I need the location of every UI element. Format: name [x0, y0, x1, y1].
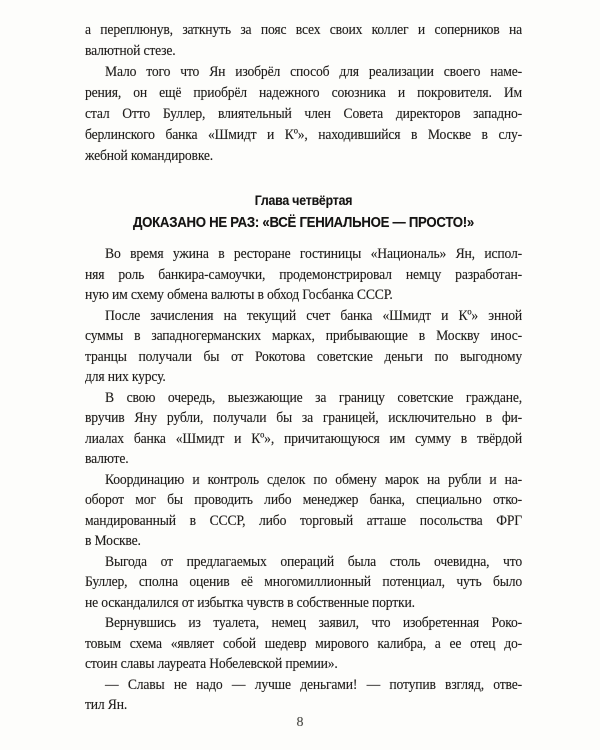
text-block: а переплюнув, заткнуть за пояс всех свои…	[85, 20, 522, 716]
paragraph: В свою очередь, выезжающие за границу со…	[85, 388, 522, 470]
text-line: Буллер, сполна оценив её многомиллионный…	[85, 572, 522, 593]
chapter-title: ДОКАЗАНО НЕ РАЗ: «ВСЁ ГЕНИАЛЬНОЕ — ПРОСТ…	[85, 212, 522, 234]
paragraph: Во время ужина в ресторане гостиницы «На…	[85, 244, 522, 306]
text-line: транцы получали бы от Рокотова советские…	[85, 347, 522, 368]
text-line: для них курсу.	[85, 367, 522, 388]
text-line: валютной стезе.	[85, 41, 522, 62]
text-line: оборот мог бы проводить либо менеджер ба…	[85, 490, 522, 511]
body-text-top: а переплюнув, заткнуть за пояс всех свои…	[85, 20, 522, 167]
text-line: Во время ужина в ресторане гостиницы «На…	[85, 244, 522, 265]
text-line: а переплюнув, заткнуть за пояс всех свои…	[85, 20, 522, 41]
paragraph: Вернувшись из туалета, немец заявил, что…	[85, 613, 522, 675]
text-line: мандированный в СССР, либо торговый атта…	[85, 511, 522, 532]
text-line: Координацию и контроль сделок по обмену …	[85, 470, 522, 491]
text-line: стал Отто Буллер, влиятельный член Совет…	[85, 104, 522, 125]
text-line: Вернувшись из туалета, немец заявил, что…	[85, 613, 522, 634]
text-line: стоин славы лауреата Нобелевской премии»…	[85, 654, 522, 675]
paragraph: а переплюнув, заткнуть за пояс всех свои…	[85, 20, 522, 62]
text-line: няя роль банкира-самоучки, продемонстрир…	[85, 265, 522, 286]
page-number: 8	[0, 712, 600, 733]
chapter-heading: Глава четвёртая ДОКАЗАНО НЕ РАЗ: «ВСЁ ГЕ…	[85, 190, 522, 234]
paragraph: После зачисления на текущий счет банка «…	[85, 306, 522, 388]
text-line: не оскандалился от избытка чувств в собс…	[85, 593, 522, 614]
text-line: в Москве.	[85, 531, 522, 552]
text-line: товым схема «являет собой шедевр мировог…	[85, 634, 522, 655]
text-line: Выгода от предлагаемых операций была сто…	[85, 552, 522, 573]
paragraph: Выгода от предлагаемых операций была сто…	[85, 552, 522, 614]
text-line: вручив Яну рубли, получали бы за границе…	[85, 408, 522, 429]
text-line: суммы в западногерманских марках, прибыв…	[85, 326, 522, 347]
text-line: Мало того что Ян изобрёл способ для реал…	[85, 62, 522, 83]
text-line: жебной командировке.	[85, 146, 522, 167]
body-text-main: Во время ужина в ресторане гостиницы «На…	[85, 244, 522, 716]
text-line: валюте.	[85, 449, 522, 470]
text-line: берлинского банка «Шмидт и Кº», находивш…	[85, 125, 522, 146]
book-page: а переплюнув, заткнуть за пояс всех свои…	[0, 0, 600, 750]
text-line: лиалах банка «Шмидт и Кº», причитающуюся…	[85, 429, 522, 450]
text-line: рения, он ещё приобрёл надежного союзник…	[85, 83, 522, 104]
text-line: ную им схему обмена валюты в обход Госба…	[85, 285, 522, 306]
text-line: — Славы не надо — лучше деньгами! — поту…	[85, 675, 522, 696]
text-line: После зачисления на текущий счет банка «…	[85, 306, 522, 327]
paragraph: Мало того что Ян изобрёл способ для реал…	[85, 62, 522, 167]
text-line: В свою очередь, выезжающие за границу со…	[85, 388, 522, 409]
paragraph: — Славы не надо — лучше деньгами! — поту…	[85, 675, 522, 716]
paragraph: Координацию и контроль сделок по обмену …	[85, 470, 522, 552]
chapter-number: Глава четвёртая	[85, 190, 522, 212]
